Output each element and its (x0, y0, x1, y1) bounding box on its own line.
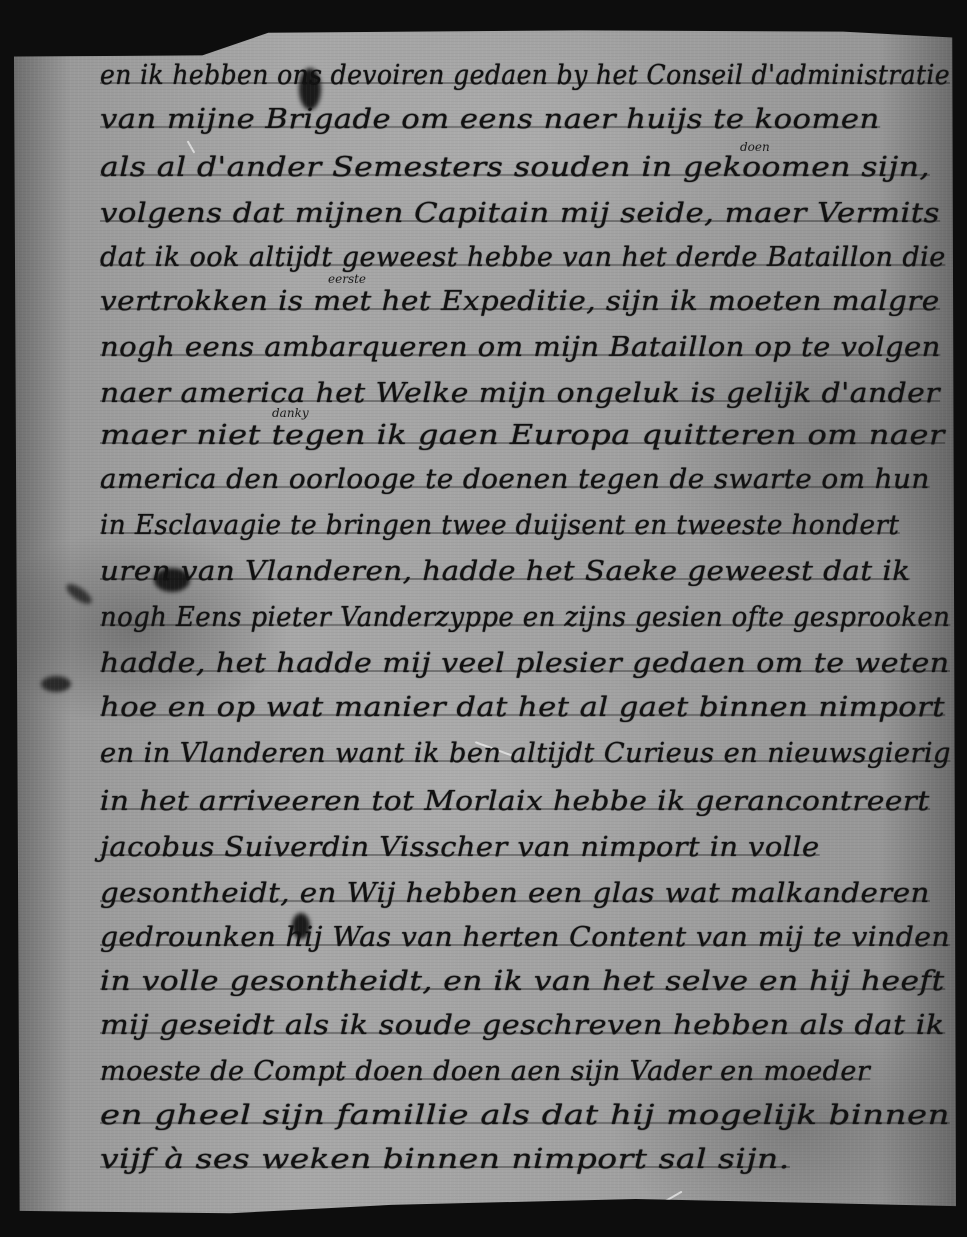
ink-blot (41, 676, 71, 692)
handwritten-line: dat ik ook altijdt geweest hebbe van het… (100, 242, 946, 273)
handwritten-line: moeste de Compt doen doen aen sijn Vader… (100, 1056, 870, 1087)
handwritten-line: uren van Vlanderen, hadde het Saeke gewe… (100, 556, 910, 587)
handwritten-line: en in Vlanderen want ik ben altijdt Curi… (100, 738, 951, 769)
handwritten-line: in volle gesontheidt, en ik van het selv… (100, 966, 945, 997)
handwritten-line: vijf à ses weken binnen nimport sal sijn… (100, 1144, 790, 1175)
handwritten-line: naer america het Welke mijn ongeluk is g… (100, 378, 940, 409)
handwritten-line: jacobus Suiverdin Visscher van nimport i… (100, 832, 820, 863)
interlinear-insertion: doen (740, 140, 770, 154)
interlinear-insertion: danky (272, 406, 309, 420)
handwritten-line: gesontheidt, en Wij hebben een glas wat … (100, 878, 930, 909)
handwritten-line: in Esclavagie te bringen twee duijsent e… (100, 510, 899, 541)
interlinear-insertion: eerste (328, 272, 366, 286)
handwritten-line: gedrounken hij Was van herten Content va… (100, 922, 950, 953)
handwritten-line: in het arriveeren tot Morlaix hebbe ik g… (100, 786, 930, 817)
ink-blot (63, 580, 94, 607)
handwritten-line: vertrokken is met het Expeditie, sijn ik… (100, 286, 940, 317)
handwritten-line: nogh eens ambarqueren om mijn Bataillon … (100, 332, 941, 363)
handwritten-line: van mijne Brigade om eens naer huijs te … (100, 104, 880, 135)
handwritten-line: hadde, het hadde mij veel plesier gedaen… (100, 648, 950, 679)
handwritten-line: volgens dat mijnen Capitain mij seide, m… (100, 198, 940, 229)
handwritten-line: mij geseidt als ik soude geschreven hebb… (100, 1010, 945, 1041)
handwritten-line: en gheel sijn famillie als dat hij mogel… (100, 1100, 950, 1131)
handwritten-line: als al d'ander Semesters souden in gekoo… (100, 152, 930, 183)
handwritten-line: nogh Eens pieter Vanderzyppe en zijns ge… (100, 602, 950, 633)
handwritten-line: hoe en op wat manier dat het al gaet bin… (100, 692, 945, 723)
handwritten-line: maer niet tegen ik gaen Europa quitteren… (100, 420, 945, 451)
handwritten-line: en ik hebben ons devoiren gedaen by het … (100, 60, 950, 91)
handwritten-line: america den oorlooge te doenen tegen de … (100, 464, 930, 495)
